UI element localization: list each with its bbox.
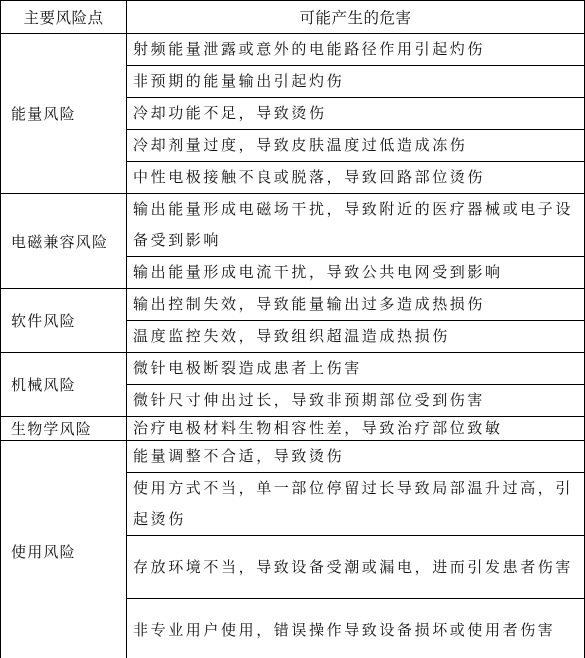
hazard-cell: 微针尺寸伸出过长，导致非预期部位受到伤害 [127, 385, 585, 417]
hazard-cell: 输出控制失效，导致能量输出过多造成热损伤 [127, 289, 585, 321]
hazard-cell: 温度监控失效，导致组织超温造成热损伤 [127, 321, 585, 353]
risk-category-software: 软件风险 [1, 289, 127, 353]
table-row: 使用风险 能量调整不合适，导致烫伤 [1, 441, 585, 473]
hazard-cell: 射频能量泄露或意外的电能路径作用引起灼伤 [127, 34, 585, 66]
table-row: 能量风险 射频能量泄露或意外的电能路径作用引起灼伤 [1, 34, 585, 66]
hazard-cell: 微针电极断裂造成患者上伤害 [127, 353, 585, 385]
risk-category-emc: 电磁兼容风险 [1, 194, 127, 289]
risk-category-usage: 使用风险 [1, 441, 127, 658]
hazard-cell: 存放环境不当，导致设备受潮或漏电，进而引发患者伤害 [127, 536, 585, 599]
hazard-cell: 输出能量形成电流干扰，导致公共电网受到影响 [127, 257, 585, 289]
header-possible-hazard: 可能产生的危害 [127, 1, 585, 34]
table-row: 软件风险 输出控制失效，导致能量输出过多造成热损伤 [1, 289, 585, 321]
hazard-cell: 治疗电极材料生物相容性差，导致治疗部位致敏 [127, 417, 585, 441]
hazard-cell: 使用方式不当，单一部位停留过长导致局部温升过高，引起烫伤 [127, 473, 585, 536]
risk-category-mechanical: 机械风险 [1, 353, 127, 417]
hazard-cell: 能量调整不合适，导致烫伤 [127, 441, 585, 473]
hazard-cell: 冷却功能不足，导致烫伤 [127, 98, 585, 130]
table-row: 机械风险 微针电极断裂造成患者上伤害 [1, 353, 585, 385]
risk-category-energy: 能量风险 [1, 34, 127, 194]
table-header-row: 主要风险点 可能产生的危害 [1, 1, 585, 34]
hazard-cell: 冷却剂量过度，导致皮肤温度过低造成冻伤 [127, 130, 585, 162]
hazard-cell: 中性电极接触不良或脱落，导致回路部位烫伤 [127, 162, 585, 194]
hazard-cell: 非专业用户使用，错误操作导致设备损坏或使用者伤害 [127, 599, 585, 658]
hazard-cell: 输出能量形成电磁场干扰，导致附近的医疗器械或电子设备受到影响 [127, 194, 585, 257]
risk-category-biological: 生物学风险 [1, 417, 127, 441]
header-risk-point: 主要风险点 [1, 1, 127, 34]
risk-hazard-table: 主要风险点 可能产生的危害 能量风险 射频能量泄露或意外的电能路径作用引起灼伤 … [0, 0, 585, 658]
hazard-cell: 非预期的能量输出引起灼伤 [127, 66, 585, 98]
table-row: 生物学风险 治疗电极材料生物相容性差，导致治疗部位致敏 [1, 417, 585, 441]
table-row: 电磁兼容风险 输出能量形成电磁场干扰，导致附近的医疗器械或电子设备受到影响 [1, 194, 585, 257]
